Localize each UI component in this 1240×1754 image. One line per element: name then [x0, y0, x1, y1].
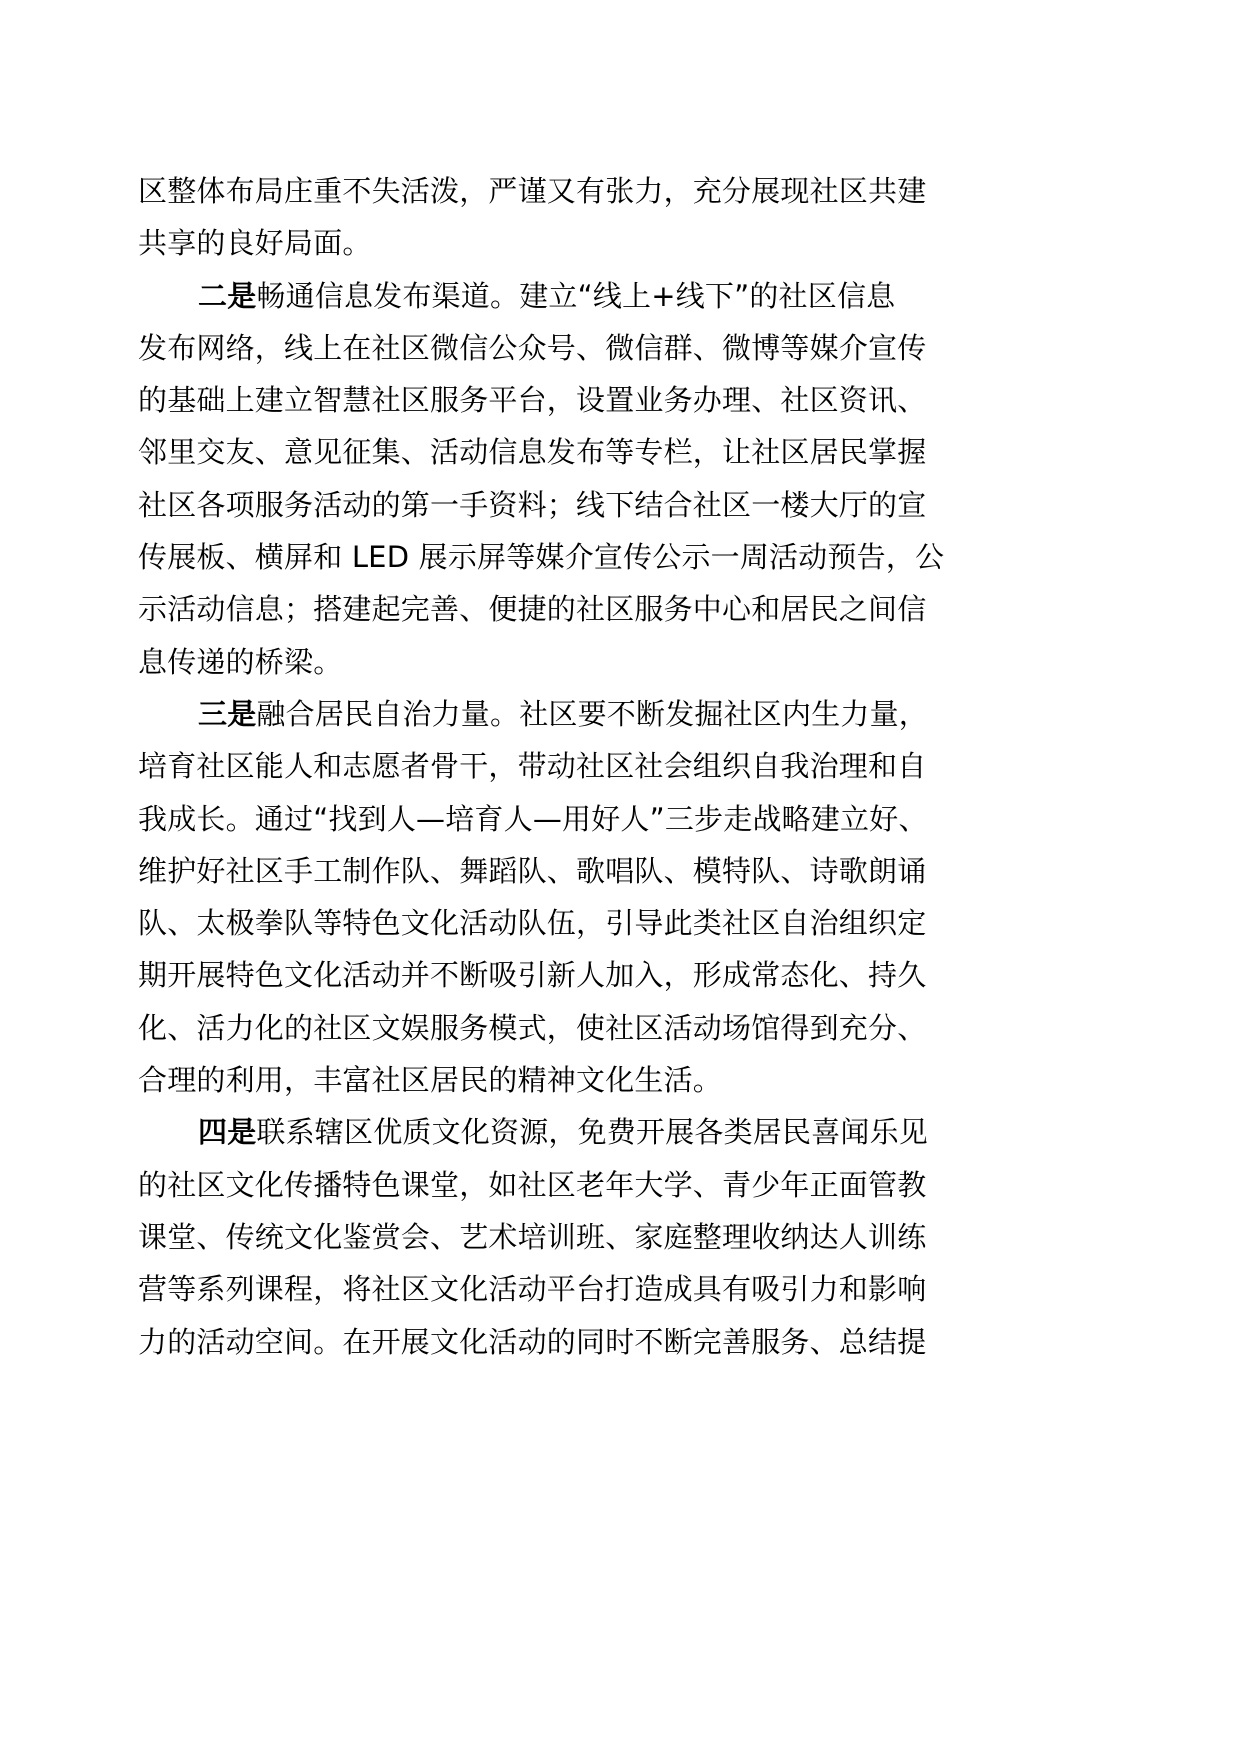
- text-line: 课堂、传统文化鉴赏会、艺术培训班、家庭整理收纳达人训练: [138, 1211, 1118, 1263]
- text-line: 的基础上建立智慧社区服务平台，设置业务办理、社区资讯、: [138, 374, 1118, 426]
- text-line: 的社区文化传播特色课堂，如社区老年大学、青少年正面管教: [138, 1159, 1118, 1211]
- text-line: 合理的利用，丰富社区居民的精神文化生活。: [138, 1054, 1118, 1106]
- text-span: 联系辖区优质文化资源，免费开展各类居民喜闻乐见: [256, 1115, 928, 1149]
- text-span: 融合居民自治力量。社区要不断发掘社区内生力量，: [256, 697, 928, 731]
- text-line: 营等系列课程，将社区文化活动平台打造成具有吸引力和影响: [138, 1263, 1118, 1315]
- paragraph-lead: 二是: [198, 279, 256, 313]
- paragraph-lead: 四是: [198, 1115, 256, 1149]
- text-line: 维护好社区手工制作队、舞蹈队、歌唱队、模特队、诗歌朗诵: [138, 845, 1118, 897]
- text-line: 传展板、横屏和 LED 展示屏等媒介宣传公示一周活动预告，公: [138, 531, 1118, 583]
- text-span: 畅通信息发布渠道。建立“线上+线下”的社区信息: [256, 279, 895, 313]
- document-page: 区整体布局庄重不失活泼，严谨又有张力，充分展现社区共建 共享的良好局面。 二是畅…: [0, 0, 1240, 1754]
- paragraph-four: 四是联系辖区优质文化资源，免费开展各类居民喜闻乐见 的社区文化传播特色课堂，如社…: [138, 1106, 1118, 1367]
- text-line: 示活动信息；搭建起完善、便捷的社区服务中心和居民之间信: [138, 583, 1118, 635]
- text-line: 社区各项服务活动的第一手资料；线下结合社区一楼大厅的宣: [138, 479, 1118, 531]
- text-line: 区整体布局庄重不失活泼，严谨又有张力，充分展现社区共建: [138, 165, 1118, 217]
- text-line: 四是联系辖区优质文化资源，免费开展各类居民喜闻乐见: [138, 1106, 1118, 1158]
- text-line: 期开展特色文化活动并不断吸引新人加入，形成常态化、持久: [138, 949, 1118, 1001]
- text-line: 我成长。通过“找到人—培育人—用好人”三步走战略建立好、: [138, 793, 1118, 845]
- text-line: 化、活力化的社区文娱服务模式，使社区活动场馆得到充分、: [138, 1002, 1118, 1054]
- text-line: 发布网络，线上在社区微信公众号、微信群、微博等媒介宣传: [138, 322, 1118, 374]
- document-body: 区整体布局庄重不失活泼，严谨又有张力，充分展现社区共建 共享的良好局面。 二是畅…: [138, 165, 1118, 1368]
- text-line: 二是畅通信息发布渠道。建立“线上+线下”的社区信息: [138, 270, 1118, 322]
- paragraph-two: 二是畅通信息发布渠道。建立“线上+线下”的社区信息 发布网络，线上在社区微信公众…: [138, 270, 1118, 688]
- text-line: 培育社区能人和志愿者骨干，带动社区社会组织自我治理和自: [138, 740, 1118, 792]
- paragraph-continuation: 区整体布局庄重不失活泼，严谨又有张力，充分展现社区共建 共享的良好局面。: [138, 165, 1118, 270]
- text-line: 息传递的桥梁。: [138, 636, 1118, 688]
- text-line: 邻里交友、意见征集、活动信息发布等专栏，让社区居民掌握: [138, 426, 1118, 478]
- text-line: 力的活动空间。在开展文化活动的同时不断完善服务、总结提: [138, 1316, 1118, 1368]
- paragraph-three: 三是融合居民自治力量。社区要不断发掘社区内生力量， 培育社区能人和志愿者骨干，带…: [138, 688, 1118, 1106]
- text-line: 队、太极拳队等特色文化活动队伍，引导此类社区自治组织定: [138, 897, 1118, 949]
- text-line: 三是融合居民自治力量。社区要不断发掘社区内生力量，: [138, 688, 1118, 740]
- paragraph-lead: 三是: [198, 697, 256, 731]
- text-line: 共享的良好局面。: [138, 217, 1118, 269]
